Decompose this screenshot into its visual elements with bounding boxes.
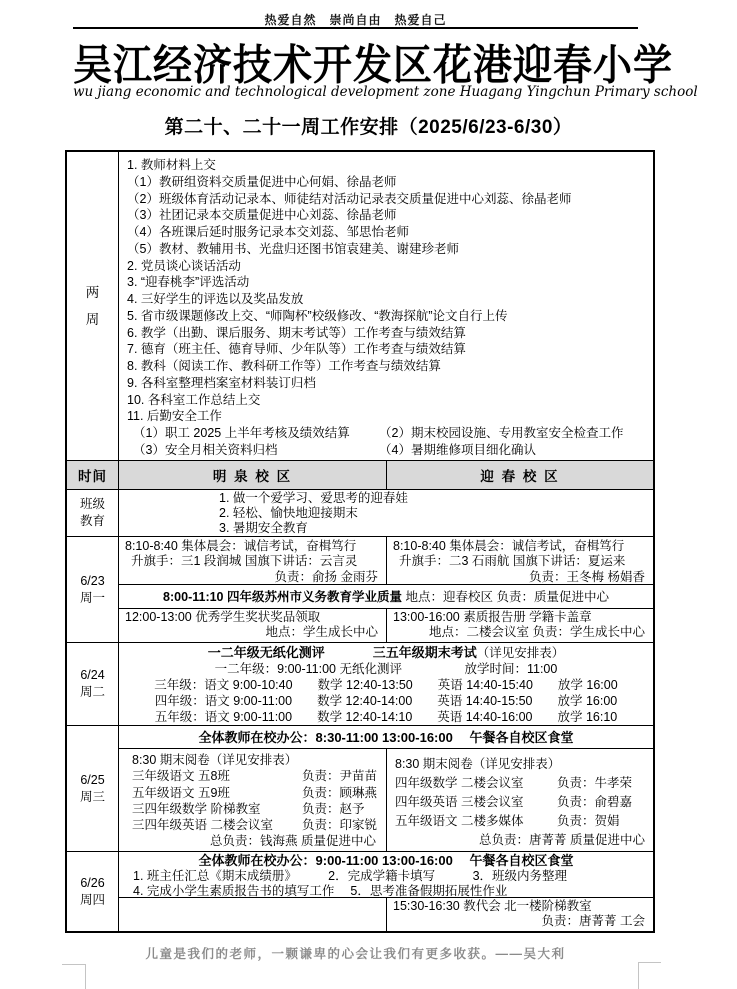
office-hours-text: 全体教师在校办公：8:30-11:00 13:00-16:00 午餐各自校区食堂 <box>119 727 653 748</box>
exam-time-line: 四年级：语文 9:00-11:00 数学 12:40-14:00 英语 14:4… <box>119 693 653 709</box>
date-text: 6/25 <box>80 772 104 789</box>
column-header-time: 时间 <box>67 461 119 489</box>
class-education-item: 3. 暑期安全教育 <box>119 521 653 536</box>
biweekly-item: 1. 教师材料上交 <box>127 157 649 174</box>
biweekly-item: （1）教研组资料交质量促进中心何娟、徐晶老师 <box>127 174 649 191</box>
school-name-english: wu jiang economic and technological deve… <box>73 84 638 100</box>
class-education-item: 2. 轻松、愉快地迎接期末 <box>119 506 653 521</box>
location-line: 地点：二楼会议室 负责：学生成长中心 <box>387 625 653 640</box>
marking-title: 8:30 期末阅卷（详见安排表） <box>395 755 647 774</box>
monday-yingchun-cell: 8:10-8:40 集体晨会：诚信考试，奋楫笃行 升旗手：二3 石雨航 国旗下讲… <box>387 537 653 584</box>
exam-time-line: 五年级：语文 9:00-11:00 数学 12:40-14:10 英语 14:4… <box>119 709 653 725</box>
office-hours-text: 全体教师在校办公：9:00-11:00 13:00-16:00 午餐各自校区食堂 <box>119 852 653 869</box>
safety-item: （4）暑期维修项目细化确认 <box>379 442 649 459</box>
responsible-line: 负责：唐菁菁 工会 <box>387 914 653 929</box>
marking-row: 五年级语文 五9班 负责：顾琳燕 <box>132 785 378 801</box>
marking-row: 三年级语文 五8班 负责：尹苗苗 <box>132 768 378 784</box>
final-exam-bold: 三五年级期末考试 <box>373 645 477 660</box>
footer-quote: 儿童是我们的老师，一颗谦卑的心会让我们有更多收获。——吴大利 <box>73 944 638 962</box>
class-education-item: 1. 做一个爱学习、爱思考的迎春娃 <box>119 491 653 506</box>
thursday-tasks-cell: 全体教师在校办公：9:00-11:00 13:00-16:00 午餐各自校区食堂… <box>119 852 653 897</box>
day-row-wednesday: 6/25 周三 全体教师在校办公：8:30-11:00 13:00-16:00 … <box>67 726 653 852</box>
marking-responsible: 负责：印家锐 <box>302 817 377 833</box>
biweekly-item: 5. 省市级课题修改上交、“师陶杯”校级修改、“教海探航”论文自行上传 <box>127 308 649 325</box>
marking-row: 五年级语文 二楼多媒体 负责：贺娟 <box>395 812 647 831</box>
event-line: 13:00-16:00 素质报告册 学籍卡盖章 <box>387 610 653 625</box>
weekly-schedule-table: 两 周 1. 教师材料上交 （1）教研组资料交质量促进中心何娟、徐晶老师 （2）… <box>65 150 655 933</box>
date-cell-monday: 6/23 周一 <box>67 537 119 642</box>
biweekly-item: （3）社团记录本交质量促进中心刘蕊、徐晶老师 <box>127 207 649 224</box>
quality-test-bold-text: 8:00-11:10 四年级苏州市义务教育学业质量 <box>163 590 402 604</box>
monday-assembly-subrow: 8:10-8:40 集体晨会：诚信考试，奋楫笃行 升旗手：三1 段润城 国旗下讲… <box>119 537 653 585</box>
marking-total-responsible: 总负责：唐菁菁 质量促进中心 <box>395 831 647 850</box>
date-cell-tuesday: 6/24 周二 <box>67 643 119 725</box>
day-row-thursday: 6/26 周四 全体教师在校办公：9:00-11:00 13:00-16:00 … <box>67 852 653 931</box>
wednesday-office-subrow: 全体教师在校办公：8:30-11:00 13:00-16:00 午餐各自校区食堂 <box>119 726 653 749</box>
page-corner-mark-bottom-left <box>62 964 86 989</box>
day-row-monday: 6/23 周一 8:10-8:40 集体晨会：诚信考试，奋楫笃行 升旗手：三1 … <box>67 537 653 643</box>
biweekly-item: （2）班级体育活动记录本、师徒结对活动记录表交质量促进中心刘蕊、徐晶老师 <box>127 191 649 208</box>
mingquan-marking-rows: 三年级语文 五8班 负责：尹苗苗 五年级语文 五9班 负责：顾琳燕 <box>132 768 378 833</box>
date-cell-thursday: 6/26 周四 <box>67 852 119 931</box>
marking-responsible: 负责：赵予 <box>302 801 365 817</box>
marking-responsible: 负责：贺娟 <box>557 812 620 831</box>
marking-responsible: 负责：尹苗苗 <box>302 768 377 784</box>
class-education-label-line1: 班级 <box>80 496 105 513</box>
marking-responsible: 负责：顾琳燕 <box>302 785 377 801</box>
marking-row: 三四年级英语 二楼会议室 负责：印家锐 <box>132 817 378 833</box>
biweekly-item: 3. “迎春桃李”评选活动 <box>127 274 649 291</box>
weekday-text: 周一 <box>80 590 105 607</box>
biweekly-item: 7. 德育（班主任、德育导师、少年队等）工作考查与绩效结算 <box>127 341 649 358</box>
marking-subject: 五年级语文 五9班 <box>132 785 302 801</box>
weekday-text: 周三 <box>80 789 105 806</box>
marking-responsible: 负责：俞碧嘉 <box>557 793 632 812</box>
class-education-label-line2: 教育 <box>80 513 105 530</box>
responsible-line: 负责：王冬梅 杨娟香 <box>387 570 653 585</box>
paperless-test-bold: 一二年级无纸化测评 <box>208 645 325 660</box>
safety-item: （3）安全月相关资料归档 <box>127 442 379 459</box>
biweekly-items: 1. 教师材料上交 （1）教研组资料交质量促进中心何娟、徐晶老师 （2）班级体育… <box>127 157 649 425</box>
biweekly-item: 2. 党员谈心谈话活动 <box>127 258 649 275</box>
thursday-tasks-subrow: 全体教师在校办公：9:00-11:00 13:00-16:00 午餐各自校区食堂… <box>119 852 653 898</box>
table-header-row: 时间 明 泉 校 区 迎 春 校 区 <box>67 461 653 490</box>
biweekly-row-label: 两 周 <box>67 152 119 460</box>
assembly-line: 8:10-8:40 集体晨会：诚信考试，奋楫笃行 <box>387 539 653 554</box>
responsible-line: 负责：俞扬 金雨芬 <box>119 570 386 585</box>
tuesday-exam-schedule: 一二年级无纸化测评三五年级期末考试（详见安排表） 一二年级：9:00-11:00… <box>119 643 653 725</box>
page-corner-mark-bottom-right <box>638 962 661 989</box>
document-page: 热爱自然 崇尚自由 热爱自己 吴江经济技术开发区花港迎春小学 wu jiang … <box>0 0 737 989</box>
monday-quality-test-subrow: 8:00-11:10 四年级苏州市义务教育学业质量 地点：迎春校区 负责：质量促… <box>119 585 653 609</box>
thursday-meeting-subrow: 15:30-16:30 教代会 北一楼阶梯教室 负责：唐菁菁 工会 <box>119 898 653 931</box>
biweekly-item: 11. 后勤安全工作 <box>127 408 649 425</box>
weekday-text: 周四 <box>80 892 105 909</box>
marking-responsible: 负责：牛孝荣 <box>557 774 632 793</box>
biweekly-item: 9. 各科室整理档案室材料装订归档 <box>127 375 649 392</box>
biweekly-item: （5）教材、教辅用书、光盘归还图书馆袁建美、谢建珍老师 <box>127 241 649 258</box>
column-header-mingquan-campus: 明 泉 校 区 <box>119 461 387 489</box>
event-line: 12:00-13:00 优秀学生奖状奖品领取 <box>119 610 386 625</box>
wednesday-mingquan-marking-cell: 8:30 期末阅卷（详见安排表） 三年级语文 五8班 负责：尹苗苗 五年级语文 <box>119 749 387 851</box>
tuesday-exam-lines: 一二年级：9:00-11:00 无纸化测评 放学时间：11:00 三年级：语文 … <box>119 661 653 725</box>
safety-item: （2）期末校园设施、专用教室安全检查工作 <box>379 425 649 442</box>
date-text: 6/26 <box>80 875 104 892</box>
wednesday-marking-subrow: 8:30 期末阅卷（详见安排表） 三年级语文 五8班 负责：尹苗苗 五年级语文 <box>119 749 653 851</box>
marking-subject: 三四年级英语 二楼会议室 <box>132 817 302 833</box>
marking-subject: 四年级英语 三楼会议室 <box>395 793 557 812</box>
meeting-line: 15:30-16:30 教代会 北一楼阶梯教室 <box>387 899 653 914</box>
marking-subject: 四年级数学 二楼会议室 <box>395 774 557 793</box>
quality-test-detail-text: 地点：迎春校区 负责：质量促进中心 <box>405 590 608 604</box>
yingchun-marking-rows: 四年级数学 二楼会议室 负责：牛孝荣 四年级英语 三楼会议室 负责：俞碧嘉 <box>395 774 647 831</box>
biweekly-item: 4. 三好学生的评选以及奖品发放 <box>127 291 649 308</box>
monday-noon-subrow: 12:00-13:00 优秀学生奖状奖品领取 地点：学生成长中心 13:00-1… <box>119 609 653 642</box>
monday-noon-mingquan-cell: 12:00-13:00 优秀学生奖状奖品领取 地点：学生成长中心 <box>119 609 387 642</box>
marking-row: 四年级英语 三楼会议室 负责：俞碧嘉 <box>395 793 647 812</box>
thursday-mingquan-empty-cell <box>119 898 387 931</box>
marking-subject: 三年级语文 五8班 <box>132 768 302 784</box>
biweekly-label-char-2: 周 <box>86 311 100 328</box>
biweekly-item: （4）各班课后延时服务记录本交刘蕊、邹思怡老师 <box>127 224 649 241</box>
see-schedule-note: （详见安排表） <box>477 646 565 660</box>
date-text: 6/24 <box>80 667 104 684</box>
class-education-row: 班级 教育 1. 做一个爱学习、爱思考的迎春娃 2. 轻松、愉快地迎接期末 3.… <box>67 490 653 537</box>
biweekly-item: 8. 教科（阅读工作、教科研工作等）工作考查与绩效结算 <box>127 358 649 375</box>
marking-subject: 三四年级数学 阶梯教室 <box>132 801 302 817</box>
date-cell-wednesday: 6/25 周三 <box>67 726 119 851</box>
safety-pair-row: （1）职工 2025 上半年考核及绩效结算 （2）期末校园设施、专用教室安全检查… <box>127 425 649 442</box>
day-row-tuesday: 6/24 周二 一二年级无纸化测评三五年级期末考试（详见安排表） 一二年级：9:… <box>67 643 653 726</box>
biweekly-row: 两 周 1. 教师材料上交 （1）教研组资料交质量促进中心何娟、徐晶老师 （2）… <box>67 152 653 461</box>
marking-row: 四年级数学 二楼会议室 负责：牛孝荣 <box>395 774 647 793</box>
column-header-yingchun-campus: 迎 春 校 区 <box>387 461 653 489</box>
header-rule <box>73 27 638 29</box>
marking-row: 三四年级数学 阶梯教室 负责：赵予 <box>132 801 378 817</box>
biweekly-item: 6. 教学（出勤、课后服务、期末考试等）工作考查与绩效结算 <box>127 325 649 342</box>
exam-time-line: 三年级：语文 9:00-10:40 数学 12:40-13:50 英语 14:4… <box>119 677 653 693</box>
marking-title: 8:30 期末阅卷（详见安排表） <box>132 752 378 768</box>
safety-item: （1）职工 2025 上半年考核及绩效结算 <box>127 425 379 442</box>
date-text: 6/23 <box>80 573 104 590</box>
location-line: 地点：学生成长中心 <box>119 625 386 640</box>
safety-pair-row: （3）安全月相关资料归档 （4）暑期维修项目细化确认 <box>127 442 649 459</box>
flag-raiser-line: 升旗手：二3 石雨航 国旗下讲话：夏运来 <box>387 554 653 569</box>
marking-total-responsible: 总负责：钱海燕 质量促进中心 <box>132 833 378 849</box>
marking-subject: 五年级语文 二楼多媒体 <box>395 812 557 831</box>
assembly-line: 8:10-8:40 集体晨会：诚信考试，奋楫笃行 <box>119 539 386 554</box>
task-line: 1. 班主任汇总《期末成绩册》 2．完成学籍卡填写 3．班级内务整理 <box>119 869 653 884</box>
thursday-yingchun-meeting-cell: 15:30-16:30 教代会 北一楼阶梯教室 负责：唐菁菁 工会 <box>387 898 653 931</box>
biweekly-task-list: 1. 教师材料上交 （1）教研组资料交质量促进中心何娟、徐晶老师 （2）班级体育… <box>119 152 653 460</box>
tuesday-exam-header: 一二年级无纸化测评三五年级期末考试（详见安排表） <box>119 645 653 661</box>
class-education-items: 1. 做一个爱学习、爱思考的迎春娃 2. 轻松、愉快地迎接期末 3. 暑期安全教… <box>119 490 653 536</box>
flag-raiser-line: 升旗手：三1 段润城 国旗下讲话：云言灵 <box>119 554 386 569</box>
monday-noon-yingchun-cell: 13:00-16:00 素质报告册 学籍卡盖章 地点：二楼会议室 负责：学生成长… <box>387 609 653 642</box>
exam-time-line: 一二年级：9:00-11:00 无纸化测评 放学时间：11:00 <box>119 661 653 677</box>
task-line: 4. 完成小学生素质报告书的填写工作 5．思考准备假期拓展性作业 <box>119 884 653 899</box>
header-motto: 热爱自然 崇尚自由 热爱自己 <box>73 11 638 28</box>
biweekly-label-char-1: 两 <box>86 284 100 301</box>
biweekly-item: 10. 各科室工作总结上交 <box>127 392 649 409</box>
document-title: 第二十、二十一周工作安排（2025/6/23-6/30） <box>0 112 737 139</box>
class-education-label: 班级 教育 <box>67 490 119 536</box>
wednesday-yingchun-marking-cell: 8:30 期末阅卷（详见安排表） 四年级数学 二楼会议室 负责：牛孝荣 四年级 <box>387 749 653 851</box>
weekday-text: 周二 <box>80 684 105 701</box>
monday-mingquan-cell: 8:10-8:40 集体晨会：诚信考试，奋楫笃行 升旗手：三1 段润城 国旗下讲… <box>119 537 387 584</box>
